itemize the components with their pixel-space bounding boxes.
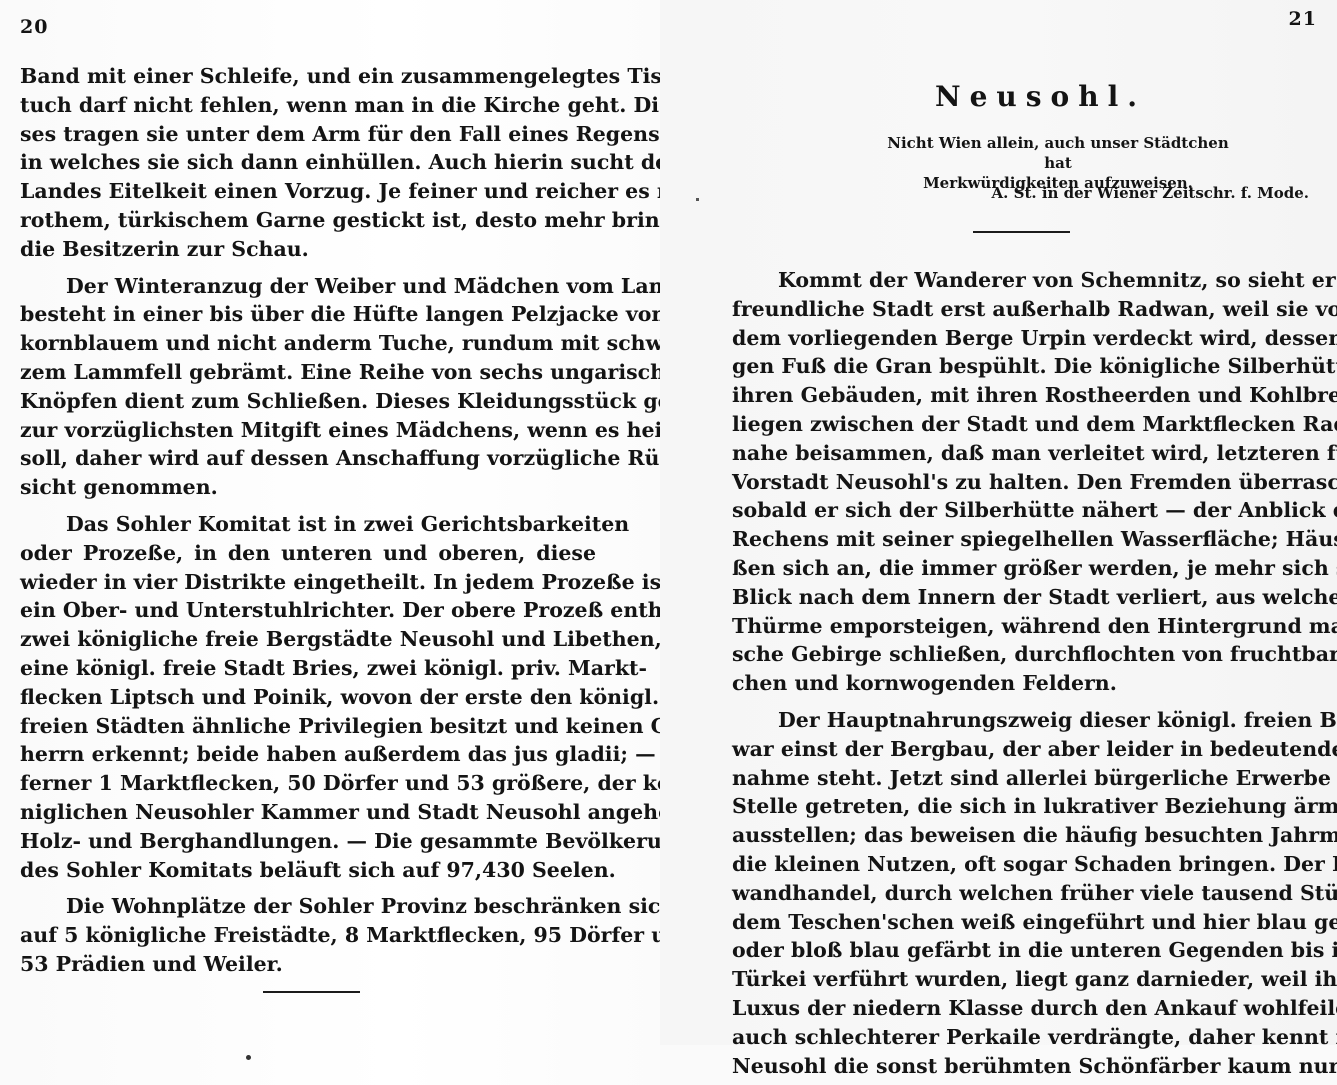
paragraph: Der Winteranzug der Weiber und Mädchen v… bbox=[20, 272, 596, 502]
text-line: kornblauem und nicht anderm Tuche, rundu… bbox=[20, 329, 596, 358]
text-line: herrn erkennt; beide haben außerdem das … bbox=[20, 740, 596, 769]
text-line: nahme steht. Jetzt sind allerlei bürgerl… bbox=[732, 764, 1329, 793]
paragraph: Kommt der Wanderer von Schemnitz, so sie… bbox=[732, 266, 1329, 698]
text-line: dem Teschen'schen weiß eingeführt und hi… bbox=[732, 908, 1329, 937]
paragraph-gap bbox=[20, 884, 596, 892]
text-line: wieder in vier Distrikte eingetheilt. In… bbox=[20, 568, 596, 597]
text-line: liegen zwischen der Stadt und dem Marktf… bbox=[732, 410, 1329, 439]
paragraph: Band mit einer Schleife, und ein zusamme… bbox=[20, 62, 596, 264]
text-line: besteht in einer bis über die Hüfte lang… bbox=[20, 300, 596, 329]
left-page: 20 Band mit einer Schleife, und ein zusa… bbox=[0, 0, 660, 1085]
text-line: ausstellen; das beweisen die häufig besu… bbox=[732, 821, 1329, 850]
text-line: niglichen Neusohler Kammer und Stadt Neu… bbox=[20, 798, 596, 827]
text-line: freundliche Stadt erst außerhalb Radwan,… bbox=[732, 295, 1329, 324]
text-line: Thürme emporsteigen, während den Hinterg… bbox=[732, 612, 1329, 641]
text-line: eine königl. freie Stadt Bries, zwei kön… bbox=[20, 654, 596, 683]
text-line: Türkei verführt wurden, liegt ganz darni… bbox=[732, 965, 1329, 994]
text-line: sicht genommen. bbox=[20, 473, 596, 502]
ink-speck-gutter bbox=[696, 198, 699, 201]
text-line: dem vorliegenden Berge Urpin verdeckt wi… bbox=[732, 324, 1329, 353]
section-divider-rule bbox=[263, 991, 360, 993]
text-line: ses tragen sie unter dem Arm für den Fal… bbox=[20, 120, 596, 149]
right-page-body: Kommt der Wanderer von Schemnitz, so sie… bbox=[732, 266, 1329, 1080]
text-line: auf 5 königliche Freistädte, 8 Marktflec… bbox=[20, 921, 596, 950]
text-line: flecken Liptsch und Poinik, wovon der er… bbox=[20, 683, 596, 712]
text-line: Blick nach dem Innern der Stadt verliert… bbox=[732, 583, 1329, 612]
text-line: zwei königliche freie Bergstädte Neusohl… bbox=[20, 625, 596, 654]
text-line: ihren Gebäuden, mit ihren Rostheerden un… bbox=[732, 381, 1329, 410]
title-divider-rule bbox=[973, 231, 1070, 233]
paragraph: Die Wohnplätze der Sohler Provinz beschr… bbox=[20, 892, 596, 978]
text-line: ferner 1 Marktflecken, 50 Dörfer und 53 … bbox=[20, 769, 596, 798]
text-line: Der Hauptnahrungszweig dieser königl. fr… bbox=[732, 706, 1329, 735]
text-line: auch schlechterer Perkaile verdrängte, d… bbox=[732, 1023, 1329, 1052]
text-line: Rechens mit seiner spiegelhellen Wasserf… bbox=[732, 525, 1329, 554]
text-line: Die Wohnplätze der Sohler Provinz beschr… bbox=[20, 892, 596, 921]
text-line: Knöpfen dient zum Schließen. Dieses Klei… bbox=[20, 387, 596, 416]
text-line: des Sohler Komitats beläuft sich auf 97,… bbox=[20, 856, 596, 885]
text-line: war einst der Bergbau, der aber leider i… bbox=[732, 735, 1329, 764]
text-line: wandhandel, durch welchen früher viele t… bbox=[732, 879, 1329, 908]
text-line: rothem, türkischem Garne gestickt ist, d… bbox=[20, 206, 596, 235]
page-number-left: 20 bbox=[20, 16, 48, 38]
text-line: Vorstadt Neusohl's zu halten. Den Fremde… bbox=[732, 468, 1329, 497]
text-line: sobald er sich der Silberhütte nähert — … bbox=[732, 496, 1329, 525]
text-line: oder bloß blau gefärbt in die unteren Ge… bbox=[732, 936, 1329, 965]
chapter-title: Neusohl. bbox=[935, 80, 1146, 113]
paragraph-gap bbox=[20, 502, 596, 510]
text-line: ein Ober- und Unterstuhlrichter. Der obe… bbox=[20, 596, 596, 625]
text-line: Stelle getreten, die sich in lukrativer … bbox=[732, 792, 1329, 821]
paragraph: Das Sohler Komitat ist in zwei Gerichtsb… bbox=[20, 510, 596, 884]
text-line: Der Winteranzug der Weiber und Mädchen v… bbox=[20, 272, 596, 301]
text-line: in welches sie sich dann einhüllen. Auch… bbox=[20, 148, 596, 177]
text-line: tuch darf nicht fehlen, wenn man in die … bbox=[20, 91, 596, 120]
text-line: Neusohl die sonst berühmten Schönfärber … bbox=[732, 1052, 1329, 1081]
text-line: Band mit einer Schleife, und ein zusamme… bbox=[20, 62, 596, 91]
text-line: soll, daher wird auf dessen Anschaffung … bbox=[20, 444, 596, 473]
page-number-right: 21 bbox=[1289, 8, 1317, 30]
paragraph-gap bbox=[20, 264, 596, 272]
text-line: freien Städten ähnliche Privilegien besi… bbox=[20, 712, 596, 741]
paragraph-gap bbox=[732, 698, 1329, 706]
text-line: Das Sohler Komitat ist in zwei Gerichtsb… bbox=[20, 510, 596, 539]
text-line: die Besitzerin zur Schau. bbox=[20, 235, 596, 264]
paragraph: Der Hauptnahrungszweig dieser königl. fr… bbox=[732, 706, 1329, 1080]
text-line: nahe beisammen, daß man verleitet wird, … bbox=[732, 439, 1329, 468]
epigraph-attribution: A. St. in der Wiener Zeitschr. f. Mode. bbox=[992, 184, 1309, 202]
left-page-body: Band mit einer Schleife, und ein zusamme… bbox=[20, 62, 596, 979]
text-line: zem Lammfell gebrämt. Eine Reihe von sec… bbox=[20, 358, 596, 387]
text-line: Luxus der niedern Klasse durch den Ankau… bbox=[732, 994, 1329, 1023]
text-line: ßen sich an, die immer größer werden, je… bbox=[732, 554, 1329, 583]
ink-speck bbox=[246, 1055, 251, 1060]
text-line: chen und kornwogenden Feldern. bbox=[732, 669, 1329, 698]
text-line: gen Fuß die Gran bespühlt. Die königlich… bbox=[732, 352, 1329, 381]
text-line: Holz- und Berghandlungen. — Die gesammte… bbox=[20, 827, 596, 856]
text-line: Landes Eitelkeit einen Vorzug. Je feiner… bbox=[20, 177, 596, 206]
text-line: zur vorzüglichsten Mitgift eines Mädchen… bbox=[20, 416, 596, 445]
text-line: oder Prozeße, in den unteren und oberen,… bbox=[20, 539, 596, 568]
epigraph-line: Nicht Wien allein, auch unser Städtchen … bbox=[878, 133, 1238, 173]
text-line: Kommt der Wanderer von Schemnitz, so sie… bbox=[732, 266, 1329, 295]
text-line: sche Gebirge schließen, durchflochten vo… bbox=[732, 640, 1329, 669]
text-line: 53 Prädien und Weiler. bbox=[20, 950, 596, 979]
text-line: die kleinen Nutzen, oft sogar Schaden br… bbox=[732, 850, 1329, 879]
